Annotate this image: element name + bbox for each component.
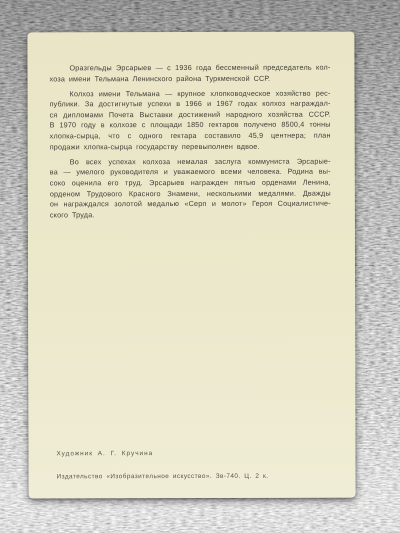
text-line: ского Труда. [50, 209, 331, 220]
text-line: он награждался золотой медалью «Серп и м… [50, 199, 331, 210]
text-line: Оразгельды Эрсарыев — с 1936 года бессме… [49, 63, 330, 74]
photo-scene: Оразгельды Эрсарыев — с 1936 года бессме… [0, 0, 400, 533]
text-line: хоза имени Тельмана Ленинского района Ту… [49, 73, 330, 84]
text-line: продажи хлопка-сырца государству перевып… [50, 141, 331, 152]
paragraph: Колхоз имени Тельмана — крупное хлопково… [50, 88, 331, 152]
text-line: ва — умелого руководителя и уважаемого в… [50, 167, 331, 178]
text-line: хлопка-сырца, что с одного гектара соста… [50, 131, 331, 142]
postcard-back: Оразгельды Эрсарыев — с 1936 года бессме… [27, 32, 355, 499]
text-line: В 1970 году в колхозе с площади 1850 гек… [50, 120, 331, 131]
text-line: Колхоз имени Тельмана — крупное хлопково… [50, 88, 331, 99]
text-line: Во всех успехах колхоза немалая заслуга … [50, 156, 331, 167]
biography-text: Оразгельды Эрсарыев — с 1936 года бессме… [49, 63, 330, 226]
paragraph: Во всех успехах колхоза немалая заслуга … [50, 156, 331, 220]
text-line: орденом Трудового Красного Знамени, неск… [50, 188, 331, 199]
text-line: ся дипломами Почета Выставки достижений … [50, 110, 331, 121]
artist-credit: Художник А. Г. Кручина [56, 450, 153, 457]
publisher-imprint: Издательство «Изобразительное искусство»… [57, 473, 269, 481]
text-line: соко оценила его труд. Эрсарыев награжде… [50, 178, 331, 189]
paragraph: Оразгельды Эрсарыев — с 1936 года бессме… [49, 63, 330, 85]
text-line: публики. За достигнутые успехи в 1966 и … [50, 99, 331, 110]
